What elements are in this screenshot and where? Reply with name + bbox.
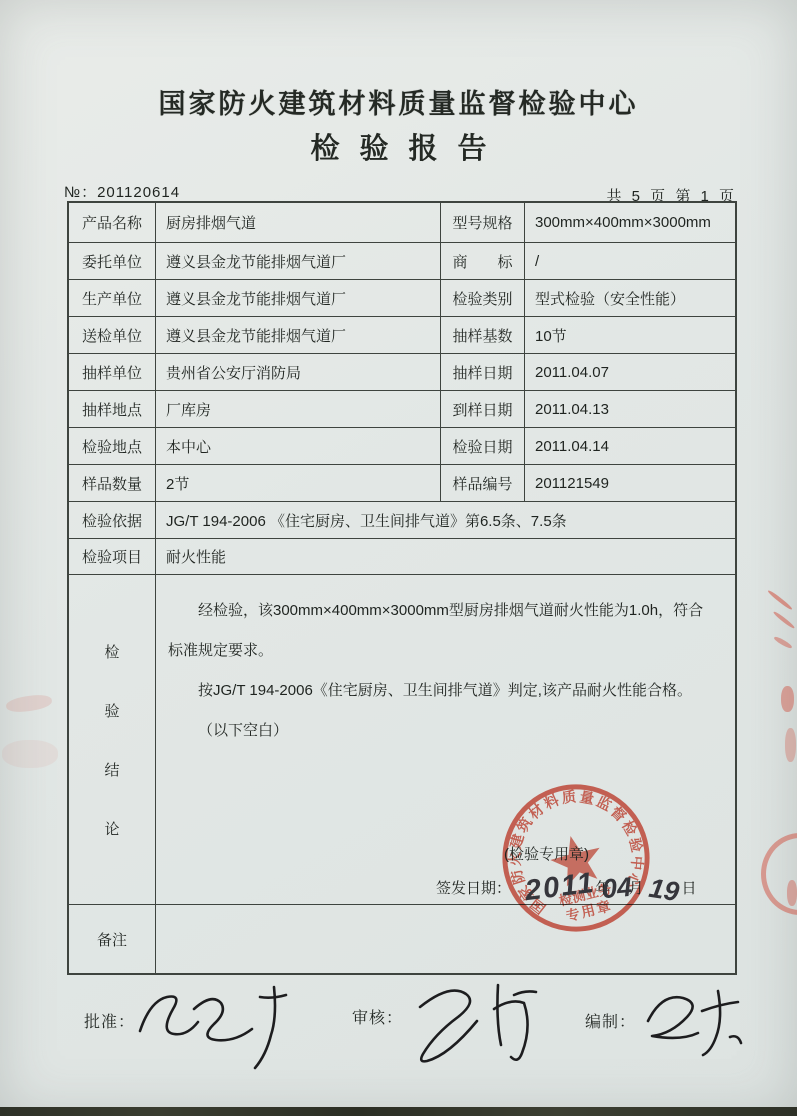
day-char: 日 xyxy=(682,877,697,902)
conclusion-label-char: 结 xyxy=(104,759,119,780)
sample-qty-value: 2节 xyxy=(156,465,441,501)
conclusion-label: 检 验 结 论 xyxy=(69,575,156,904)
test-item-label: 检验项目 xyxy=(69,539,156,574)
report-number-value: 201120614 xyxy=(97,184,180,201)
prepare-signature xyxy=(632,979,767,1064)
test-place-value: 本中心 xyxy=(156,428,441,464)
report-center-title: 国家防火建筑材料质量监督检验中心 xyxy=(0,82,797,121)
report-subtitle: 检验报告 xyxy=(0,126,797,167)
trademark-value: / xyxy=(525,243,735,279)
producer-unit-label: 生产单位 xyxy=(69,280,156,316)
report-number-label: №： xyxy=(64,184,97,201)
conclusion-label-char: 验 xyxy=(104,700,119,721)
test-date-label: 检验日期 xyxy=(441,428,525,464)
ink-smudge xyxy=(785,728,796,762)
table-row: 产品名称 厨房排烟气道 型号规格 300mm×400mm×3000mm xyxy=(69,203,735,243)
ink-smudge xyxy=(5,693,53,714)
arrival-date-value: 2011.04.13 xyxy=(525,391,735,427)
sampling-base-value: 10节 xyxy=(525,317,735,353)
ink-smudge xyxy=(2,740,58,768)
conclusion-label-char: 检 xyxy=(104,641,119,662)
submitting-unit-label: 送检单位 xyxy=(69,317,156,353)
conclusion-paragraph-1: 经检验，该300mm×400mm×3000mm型厨房排烟气道耐火性能为1.0h，… xyxy=(168,591,713,671)
client-unit-label: 委托单位 xyxy=(69,243,156,279)
model-spec-label: 型号规格 xyxy=(441,203,525,242)
ink-smudge xyxy=(773,610,796,629)
signature-strip: 批准： 审核： 编制： xyxy=(0,985,797,1085)
sampling-base-label: 抽样基数 xyxy=(441,317,525,353)
test-item-value: 耐火性能 xyxy=(156,539,735,574)
table-row: 检验依据 JG/T 194-2006 《住宅厨房、卫生间排气道》第6.5条、7.… xyxy=(69,502,735,539)
test-category-label: 检验类别 xyxy=(441,280,525,316)
handwritten-day: 19 xyxy=(647,873,682,908)
sample-no-label: 样品编号 xyxy=(441,465,525,501)
sampling-place-value: 厂库房 xyxy=(156,391,441,427)
arrival-date-label: 到样日期 xyxy=(441,391,525,427)
table-row: 生产单位 遵义县金龙节能排烟气道厂 检验类别 型式检验（安全性能） xyxy=(69,280,735,317)
table-row: 检验地点 本中心 检验日期 2011.04.14 xyxy=(69,428,735,465)
sampling-date-label: 抽样日期 xyxy=(441,354,525,390)
sampling-place-label: 抽样地点 xyxy=(69,391,156,427)
remark-row: 备注 xyxy=(69,905,735,973)
conclusion-body: 经检验，该300mm×400mm×3000mm型厨房排烟气道耐火性能为1.0h，… xyxy=(156,575,735,904)
conclusion-paragraph-3: （以下空白） xyxy=(168,711,713,751)
report-table: 产品名称 厨房排烟气道 型号规格 300mm×400mm×3000mm 委托单位… xyxy=(67,201,737,975)
scanner-edge-band xyxy=(0,1107,797,1116)
cutoff-stamp-edge xyxy=(761,833,797,915)
table-row: 抽样地点 厂库房 到样日期 2011.04.13 xyxy=(69,391,735,428)
remark-label: 备注 xyxy=(69,905,156,973)
test-basis-label: 检验依据 xyxy=(69,502,156,538)
prepare-label: 编制： xyxy=(585,1009,636,1032)
client-unit-value: 遵义县金龙节能排烟气道厂 xyxy=(156,243,441,279)
remark-value xyxy=(156,905,735,973)
conclusion-row: 检 验 结 论 经检验，该300mm×400mm×3000mm型厨房排烟气道耐火… xyxy=(69,575,735,905)
sampling-unit-label: 抽样单位 xyxy=(69,354,156,390)
conclusion-label-char: 论 xyxy=(104,818,119,839)
conclusion-paragraph-2: 按JG/T 194-2006《住宅厨房、卫生间排气道》判定,该产品耐火性能合格。 xyxy=(168,671,713,711)
submitting-unit-value: 遵义县金龙节能排烟气道厂 xyxy=(156,317,441,353)
sampling-date-value: 2011.04.07 xyxy=(525,354,735,390)
conclusion-text: 经检验，该300mm×400mm×3000mm型厨房排烟气道耐火性能为1.0h，… xyxy=(156,575,735,751)
table-row: 送检单位 遵义县金龙节能排烟气道厂 抽样基数 10节 xyxy=(69,317,735,354)
product-name-value: 厨房排烟气道 xyxy=(156,203,441,242)
stamp-note: (检验专用章) xyxy=(504,843,589,864)
trademark-label: 商 标 xyxy=(441,243,525,279)
report-number: №：201120614 xyxy=(64,181,180,202)
product-name-label: 产品名称 xyxy=(69,203,156,242)
producer-unit-value: 遵义县金龙节能排烟气道厂 xyxy=(156,280,441,316)
test-place-label: 检验地点 xyxy=(69,428,156,464)
approve-signature xyxy=(128,981,328,1076)
table-row: 委托单位 遵义县金龙节能排烟气道厂 商 标 / xyxy=(69,243,735,280)
ink-smudge xyxy=(767,589,793,611)
sample-qty-label: 样品数量 xyxy=(69,465,156,501)
ink-smudge xyxy=(787,880,797,906)
test-date-value: 2011.04.14 xyxy=(525,428,735,464)
ink-smudge xyxy=(773,635,793,649)
handwritten-year: 2011 xyxy=(523,867,597,908)
sampling-unit-value: 贵州省公安厅消防局 xyxy=(156,354,441,390)
issue-date-line: 签发日期： 2011 年 04 月 19 日 xyxy=(436,871,697,902)
test-category-value: 型式检验（安全性能） xyxy=(525,280,735,316)
model-spec-value: 300mm×400mm×3000mm xyxy=(525,203,735,242)
scanned-report-page: 国家防火建筑材料质量监督检验中心 检验报告 №：201120614 共 5 页 … xyxy=(0,0,797,1116)
review-signature xyxy=(398,973,573,1073)
test-basis-value: JG/T 194-2006 《住宅厨房、卫生间排气道》第6.5条、7.5条 xyxy=(156,502,735,538)
sample-no-value: 201121549 xyxy=(525,465,735,501)
handwritten-month: 04 xyxy=(601,872,634,906)
table-row: 检验项目 耐火性能 xyxy=(69,539,735,575)
table-row: 抽样单位 贵州省公安厅消防局 抽样日期 2011.04.07 xyxy=(69,354,735,391)
table-row: 样品数量 2节 样品编号 201121549 xyxy=(69,465,735,502)
issue-date-label: 签发日期： xyxy=(436,877,511,902)
review-label: 审核： xyxy=(352,1005,403,1028)
ink-smudge xyxy=(781,686,794,712)
